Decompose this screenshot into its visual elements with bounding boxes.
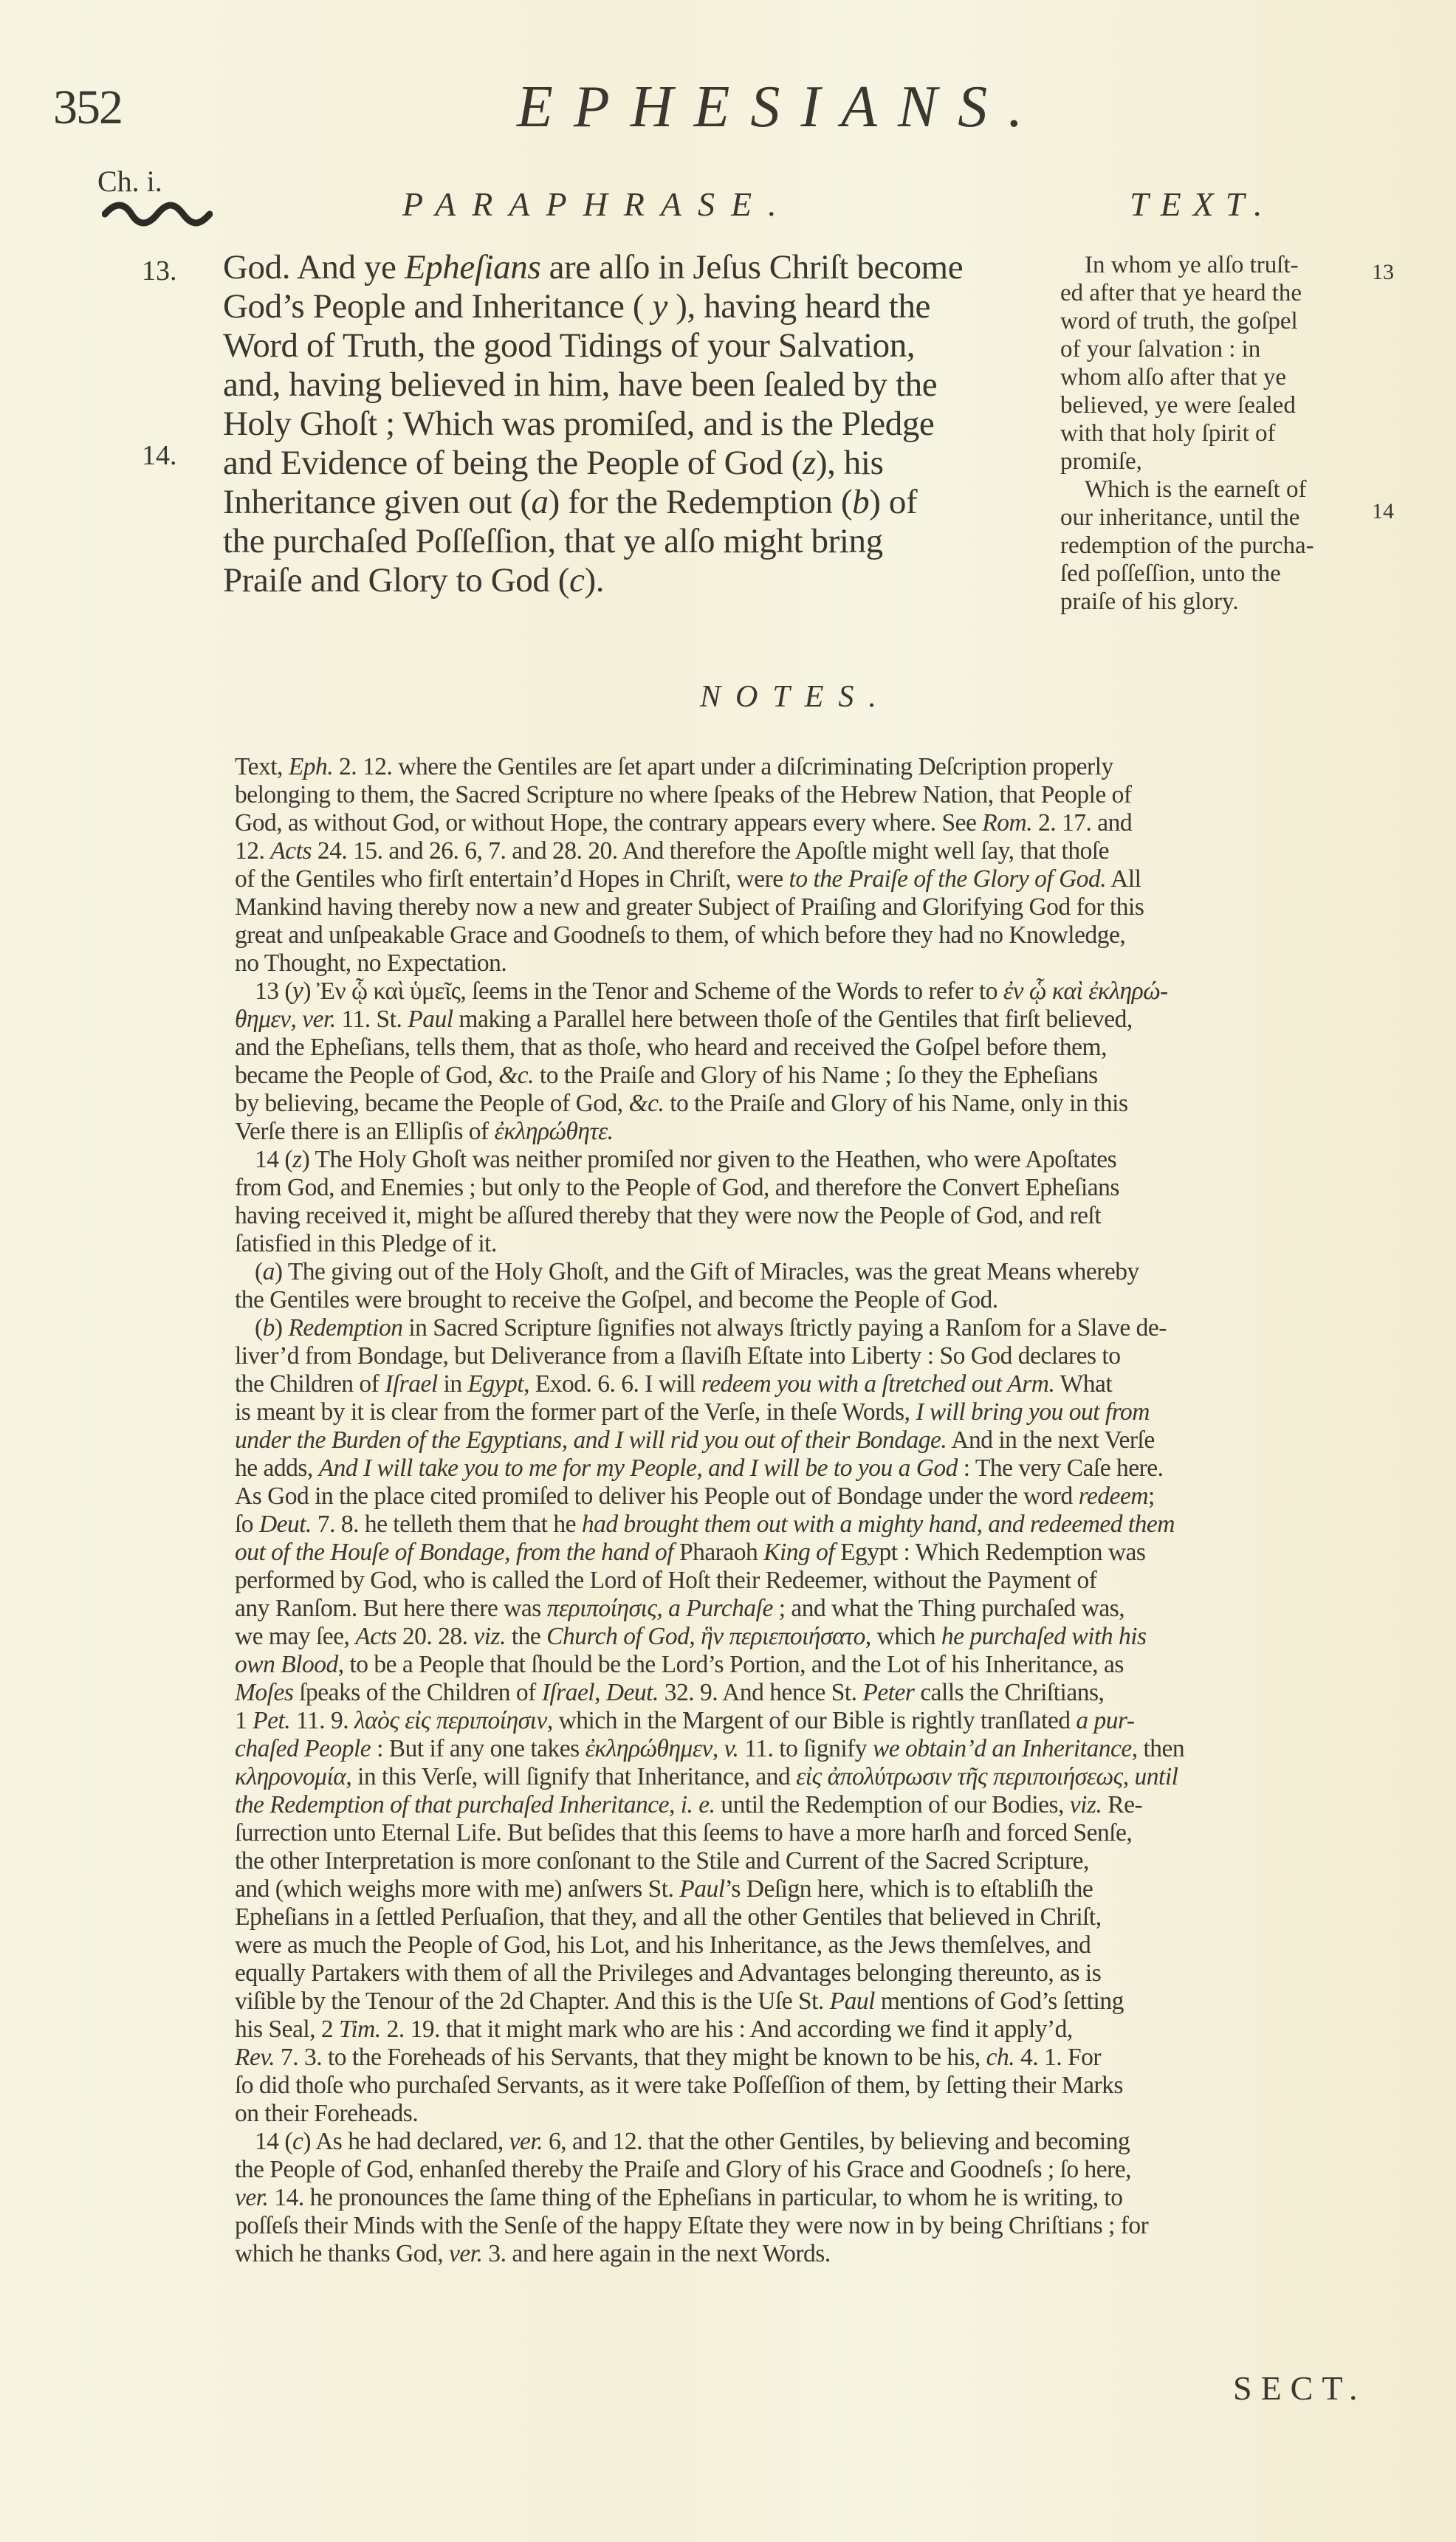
chapter-label: Ch. i. [97,164,162,199]
note-line: from God, and Enemies ; but only to the … [235,1174,1119,1202]
note-line: performed by God, who is called the Lord… [235,1567,1096,1595]
note-line: Rev. 7. 3. to the Foreheads of his Serva… [235,2044,1101,2072]
text-heading: TEXT. [1130,185,1274,224]
paraphrase-line: Holy Ghoſt ; Which was promiſed, and is … [223,404,934,444]
note-line: the People of God, enhanſed thereby the … [235,2156,1131,2184]
scripture-line: our inheritance, until the [1060,504,1299,532]
note-line: any Ranſom. But here there was περιποίησ… [235,1595,1124,1623]
note-line: ſo Deut. 7. 8. he telleth them that he h… [235,1511,1175,1539]
note-line: is meant by it is clear from the former … [235,1398,1150,1426]
note-line: ſo did thoſe who purchaſed Servants, as … [235,2072,1123,2100]
note-line: which he thanks God, ver. 3. and here ag… [235,2240,831,2268]
scripture-line: word of truth, the goſpel [1060,307,1298,335]
scripture-line: believed, ye were ſealed [1060,391,1296,419]
scripture-line: whom alſo after that ye [1060,363,1286,391]
note-line: θημεν, ver. 11. St. Paul making a Parall… [235,1006,1133,1034]
note-line: ſurrection unto Eternal Life. But beſide… [235,1819,1132,1847]
note-line: by believing, became the People of God, … [235,1090,1128,1118]
note-line: having received it, might be aſſured the… [235,1202,1101,1230]
paraphrase-line: Praiſe and Glory to God (c). [223,560,604,600]
catchword: SECT. [1233,2368,1367,2408]
note-line: poſſeſs their Minds with the Senſe of th… [235,2212,1148,2240]
paraphrase-line: the purchaſed Poſſeſſion, that ye alſo m… [223,521,883,561]
note-line: chaſed People : But if any one takes ἐκλ… [235,1735,1184,1763]
note-line: viſible by the Tenour of the 2d Chapter.… [235,1988,1124,2016]
note-line: As God in the place cited promiſed to de… [235,1483,1155,1511]
note-line: Mankind having thereby now a new and gre… [235,893,1144,921]
note-line: ver. 14. he pronounces the ſame thing of… [235,2184,1122,2212]
note-line: on their Foreheads. [235,2100,418,2128]
scripture-line: ed after that ye heard the [1060,279,1302,307]
note-line: became the People of God, &c. to the Pra… [235,1062,1098,1090]
note-line: under the Burden of the Egyptians, and I… [235,1426,1155,1454]
paraphrase-line: Inheritance given out (a) for the Redemp… [223,482,917,522]
paraphrase-line: God. And ye Epheſians are alſo in Jeſus … [223,247,963,287]
paraphrase-line: and Evidence of being the People of God … [223,443,883,483]
running-title: EPHESIANS. [517,74,1043,141]
note-line: of the Gentiles who firſt entertain’d Ho… [235,865,1141,893]
note-line: we may ſee, Acts 20. 28. viz. the Church… [235,1623,1147,1651]
scripture-line: ſed poſſeſſion, unto the [1060,560,1281,588]
note-line: the Redemption of that purchaſed Inherit… [235,1791,1142,1819]
scripture-line: In whom ye alſo truſt- [1060,251,1299,279]
wave-ornament-icon [102,198,213,227]
scripture-line: of your ſalvation : in [1060,335,1260,363]
verse-number: 13 [1372,260,1394,285]
note-line: Text, Eph. 2. 12. where the Gentiles are… [235,753,1113,781]
note-line: were as much the People of God, his Lot,… [235,1931,1091,1959]
note-line: the other Interpretation is more conſona… [235,1847,1089,1875]
scripture-line: promiſe, [1060,447,1142,475]
note-line: he adds, And I will take you to me for m… [235,1454,1164,1483]
note-line: κληρονομία, in this Verſe, will ſignify … [235,1763,1178,1791]
note-line: God, as without God, or without Hope, th… [235,809,1132,837]
note-line: own Blood, to be a People that ſhould be… [235,1651,1124,1679]
page-number: 352 [53,80,122,136]
note-line: 13 (y) Ἐν ᾧ καὶ ὑμεῖς, ſeems in the Teno… [255,978,1168,1006]
verse-number: 14 [1372,499,1394,524]
note-line: equally Partakers with them of all the P… [235,1959,1101,1988]
paraphrase-line: and, having believed in him, have been ſ… [223,365,937,405]
scripture-line: praiſe of his glory. [1060,588,1239,616]
note-line: out of the Houſe of Bondage, from the ha… [235,1539,1145,1567]
note-line: 1 Pet. 11. 9. λαὸς εἰς περιποίησιν, whic… [235,1707,1135,1735]
scripture-line: redemption of the purcha- [1060,532,1314,560]
note-line: liver’d from Bondage, but Deliverance fr… [235,1342,1120,1370]
note-line: the Gentiles were brought to receive the… [235,1286,998,1314]
verse-number: 14. [142,439,177,472]
notes-heading: NOTES. [700,679,891,715]
note-line: (b) Redemption in Sacred Scripture ſigni… [255,1314,1167,1342]
note-line: 14 (z) The Holy Ghoſt was neither promiſ… [255,1146,1116,1174]
note-line: great and unſpeakable Grace and Goodneſs… [235,921,1125,949]
note-line: ſatisfied in this Pledge of it. [235,1230,497,1258]
note-line: his Seal, 2 Tim. 2. 19. that it might ma… [235,2016,1073,2044]
paraphrase-line: Word of Truth, the good Tidings of your … [223,326,915,365]
paraphrase-line: God’s People and Inheritance ( y ), havi… [223,286,930,326]
note-line: Moſes ſpeaks of the Children of Iſrael, … [235,1679,1104,1707]
note-line: 14 (c) As he had declared, ver. 6, and 1… [255,2128,1130,2156]
note-line: 12. Acts 24. 15. and 26. 6, 7. and 28. 2… [235,837,1109,865]
note-line: belonging to them, the Sacred Scripture … [235,781,1132,809]
note-line: no Thought, no Expectation. [235,949,506,978]
note-line: the Children of Iſrael in Egypt, Exod. 6… [235,1370,1112,1398]
scripture-line: with that holy ſpirit of [1060,419,1275,447]
note-line: and the Epheſians, tells them, that as t… [235,1034,1107,1062]
paraphrase-heading: PARAPHRASE. [402,185,793,224]
scripture-line: Which is the earneſt of [1060,475,1307,504]
note-line: (a) The giving out of the Holy Ghoſt, an… [255,1258,1139,1286]
note-line: Epheſians in a ſettled Perſuaſion, that … [235,1903,1102,1931]
verse-number: 13. [142,255,177,287]
note-line: and (which weighs more with me) anſwers … [235,1875,1093,1903]
note-line: Verſe there is an Ellipſis of ἐκληρώθητε… [235,1118,614,1146]
